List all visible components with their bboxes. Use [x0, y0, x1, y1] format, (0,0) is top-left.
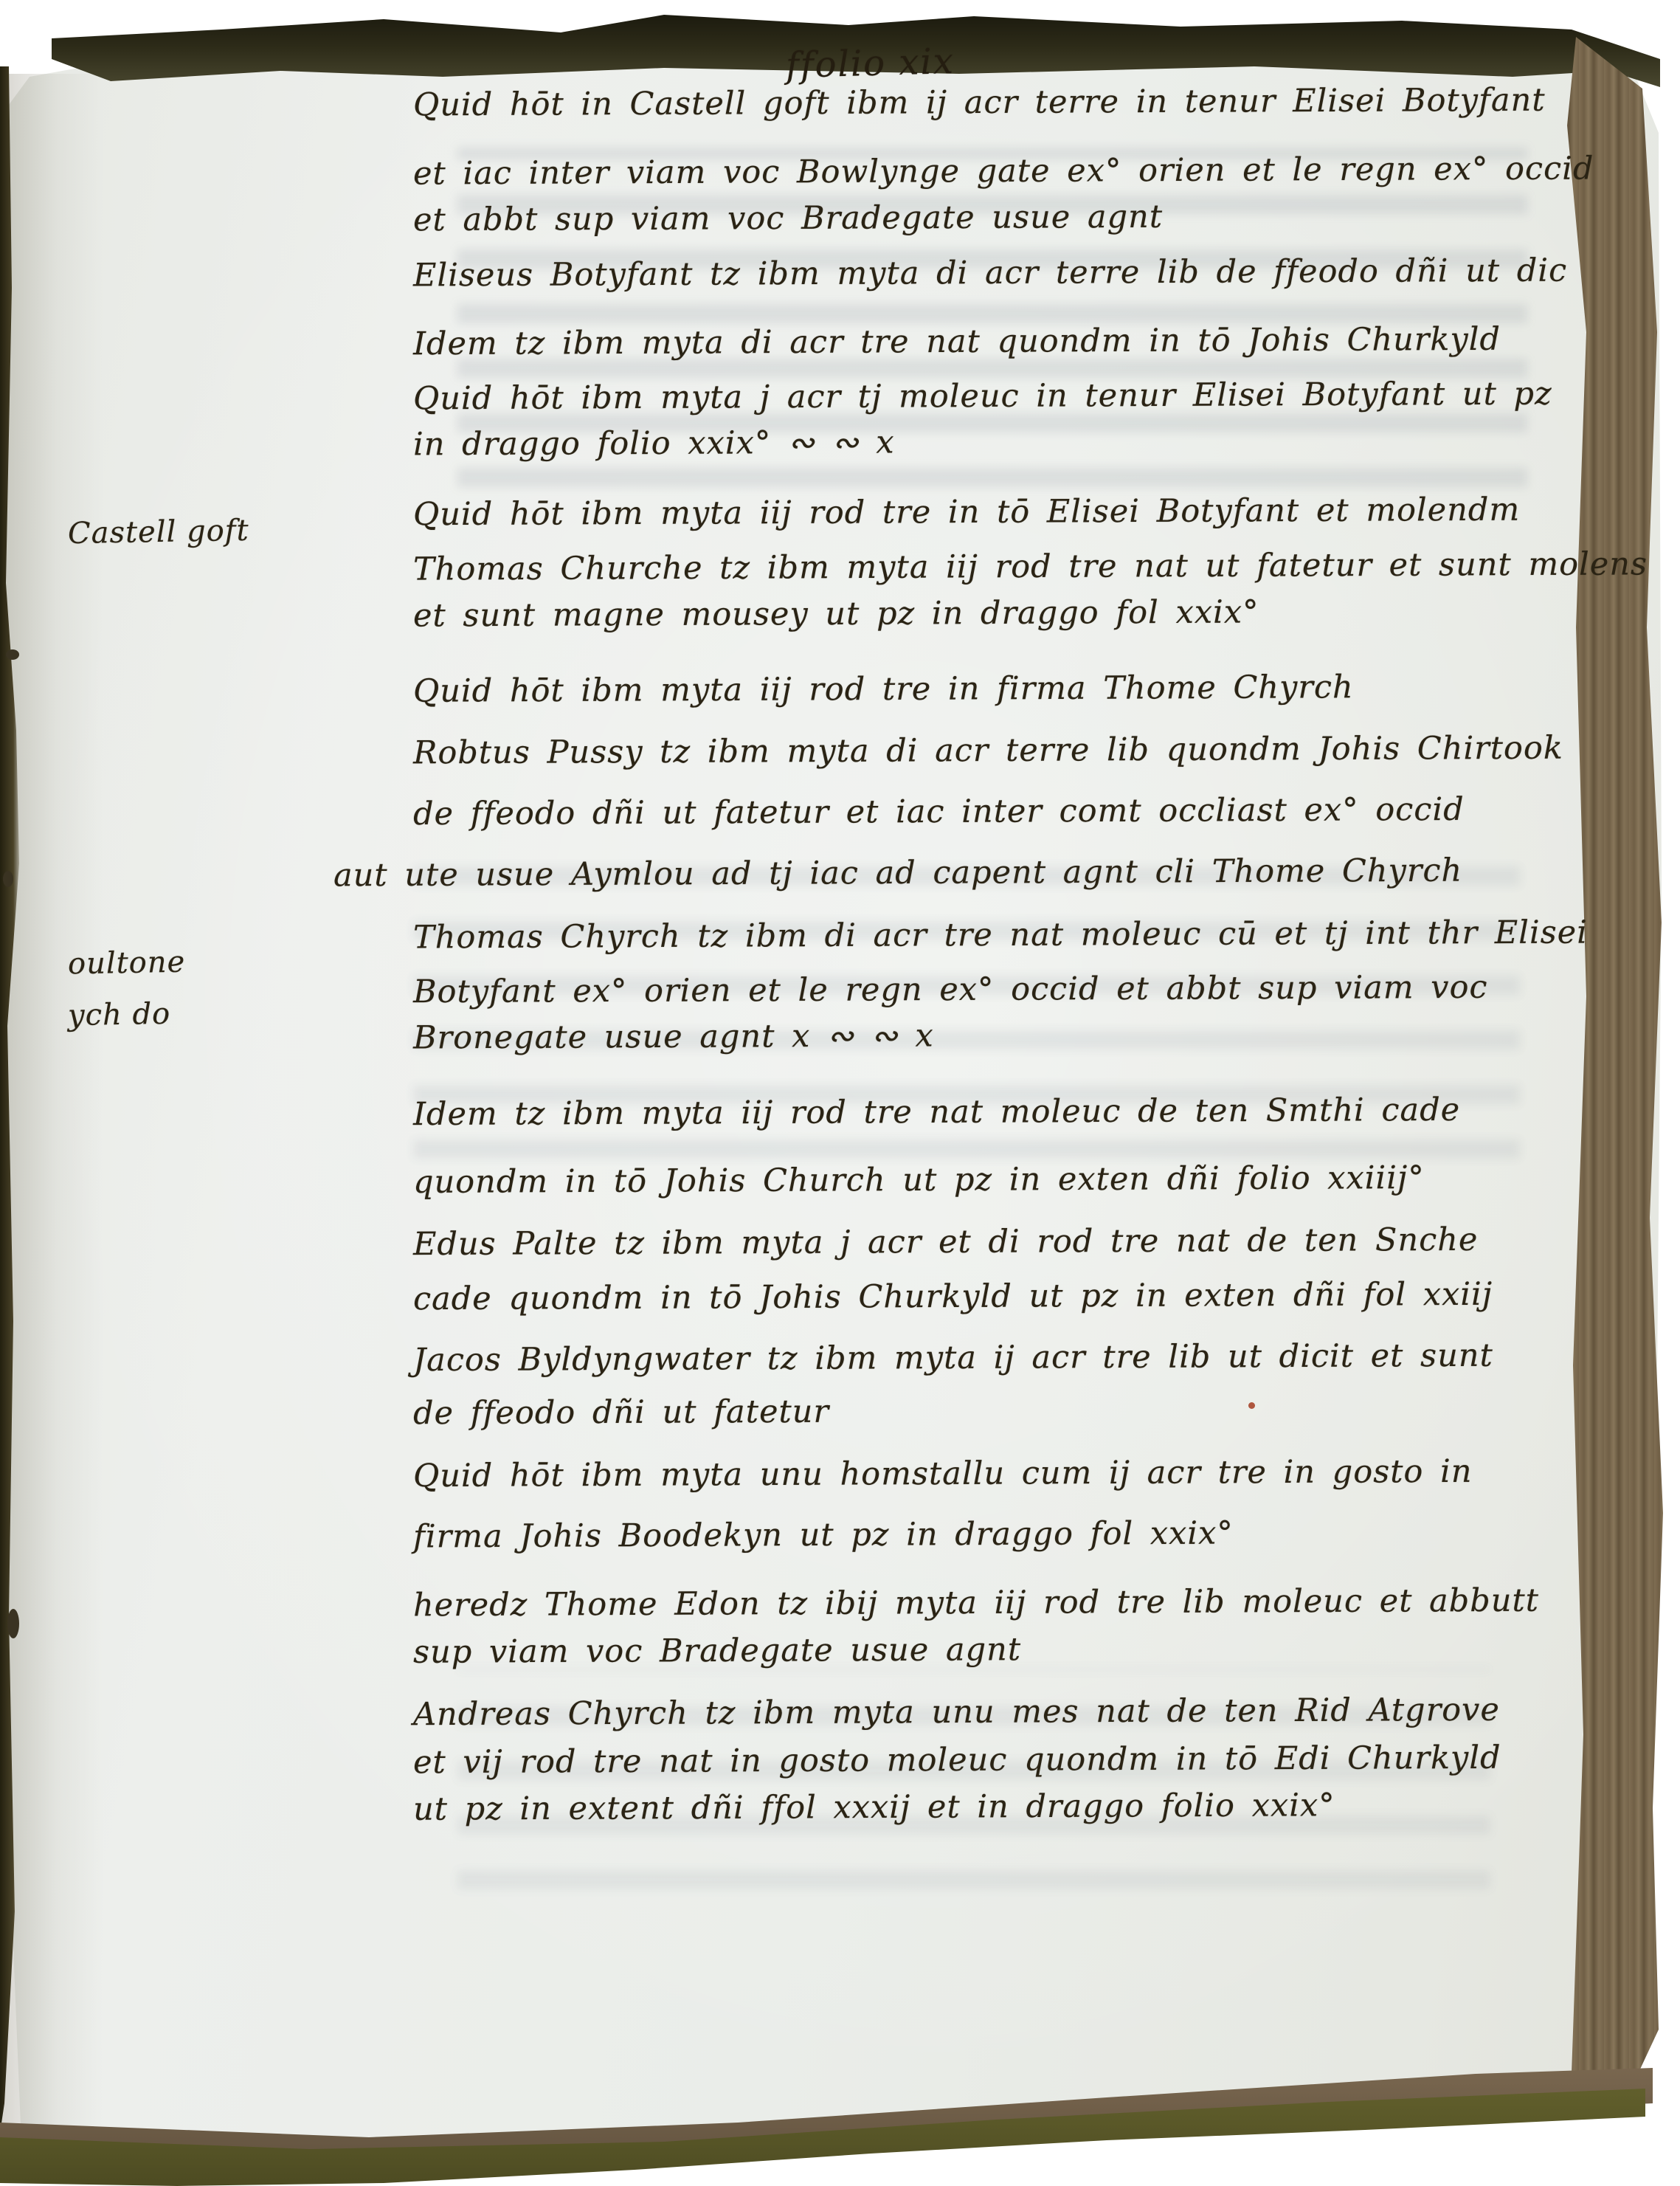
manuscript-line: ut pz in extent dñi ffol xxxij et in dra… [413, 1787, 1335, 1827]
manuscript-line: Thomas Chyrch tz ibm di acr tre nat mole… [413, 914, 1588, 956]
manuscript-line: Quid hōt ibm myta iij rod tre in tō Elis… [413, 492, 1520, 534]
manuscript-line: Quid hōt ibm myta j acr tj moleuc in ten… [413, 376, 1552, 418]
folio-heading: ffolio xix [785, 41, 955, 86]
red-ink-dot [1248, 1402, 1255, 1409]
manuscript-line: de ffeodo dñi ut fatetur et iac inter co… [413, 791, 1465, 832]
manuscript-line: et iac inter viam voc Bowlynge gate ex° … [413, 151, 1594, 193]
manuscript-line: firma Johis Boodekyn ut pz in draggo fol… [413, 1515, 1234, 1556]
manuscript-photo: ffolio xix Castell goft oultone ych do Q… [0, 0, 1680, 2186]
manuscript-line: in draggo folio xxix° ∾ ∾ x [413, 424, 895, 463]
manuscript-line: sup viam voc Bradegate usue agnt [413, 1631, 1021, 1671]
manuscript-line: et vij rod tre nat in gosto moleuc quond… [413, 1740, 1501, 1781]
stitch-mark [6, 649, 19, 660]
margin-note-oultone: oultone [68, 945, 186, 982]
manuscript-line: Quid hōt in Castell goft ibm ij acr terr… [413, 82, 1546, 124]
manuscript-line: Jacos Byldyngwater tz ibm myta ij acr tr… [413, 1337, 1493, 1379]
manuscript-line: Robtus Pussy tz ibm myta di acr terre li… [413, 730, 1563, 772]
manuscript-line: et abbt sup viam voc Bradegate usue agnt [413, 199, 1163, 238]
manuscript-line: de ffeodo dñi ut fatetur [413, 1393, 829, 1432]
margin-note-ych-do: ych do [68, 997, 171, 1032]
stitch-mark [7, 1609, 19, 1638]
manuscript-line: quondm in tō Johis Church ut pz in exten… [413, 1159, 1425, 1201]
manuscript-line: cade quondm in tō Johis Churkyld ut pz i… [413, 1276, 1493, 1317]
stitch-mark [3, 871, 13, 887]
manuscript-line: Quid hōt ibm myta iij rod tre in firma T… [413, 669, 1354, 710]
manuscript-line: Andreas Chyrch tz ibm myta unu mes nat d… [413, 1692, 1500, 1733]
manuscript-line: Thomas Churche tz ibm myta iij rod tre n… [413, 545, 1648, 587]
manuscript-line: Eliseus Botyfant tz ibm myta di acr terr… [413, 252, 1567, 294]
manuscript-line: Idem tz ibm myta iij rod tre nat moleuc … [413, 1092, 1460, 1133]
manuscript-line: aut ute usue Aymlou ad tj iac ad capent … [333, 852, 1462, 894]
manuscript-line: Quid hōt ibm myta unu homstallu cum ij a… [413, 1453, 1473, 1494]
margin-note-castell-goft: Castell goft [68, 514, 249, 551]
manuscript-line: Idem tz ibm myta di acr tre nat quondm i… [413, 321, 1501, 362]
manuscript-line: Botyfant ex° orien et le regn ex° occid … [413, 969, 1488, 1010]
manuscript-line: Edus Palte tz ibm myta j acr et di rod t… [413, 1221, 1479, 1263]
manuscript-line: Bronegate usue agnt x ∾ ∾ x [413, 1017, 934, 1056]
manuscript-line: heredz Thome Edon tz ibij myta iij rod t… [413, 1582, 1539, 1624]
manuscript-line: et sunt magne mousey ut pz in draggo fol… [413, 593, 1259, 634]
